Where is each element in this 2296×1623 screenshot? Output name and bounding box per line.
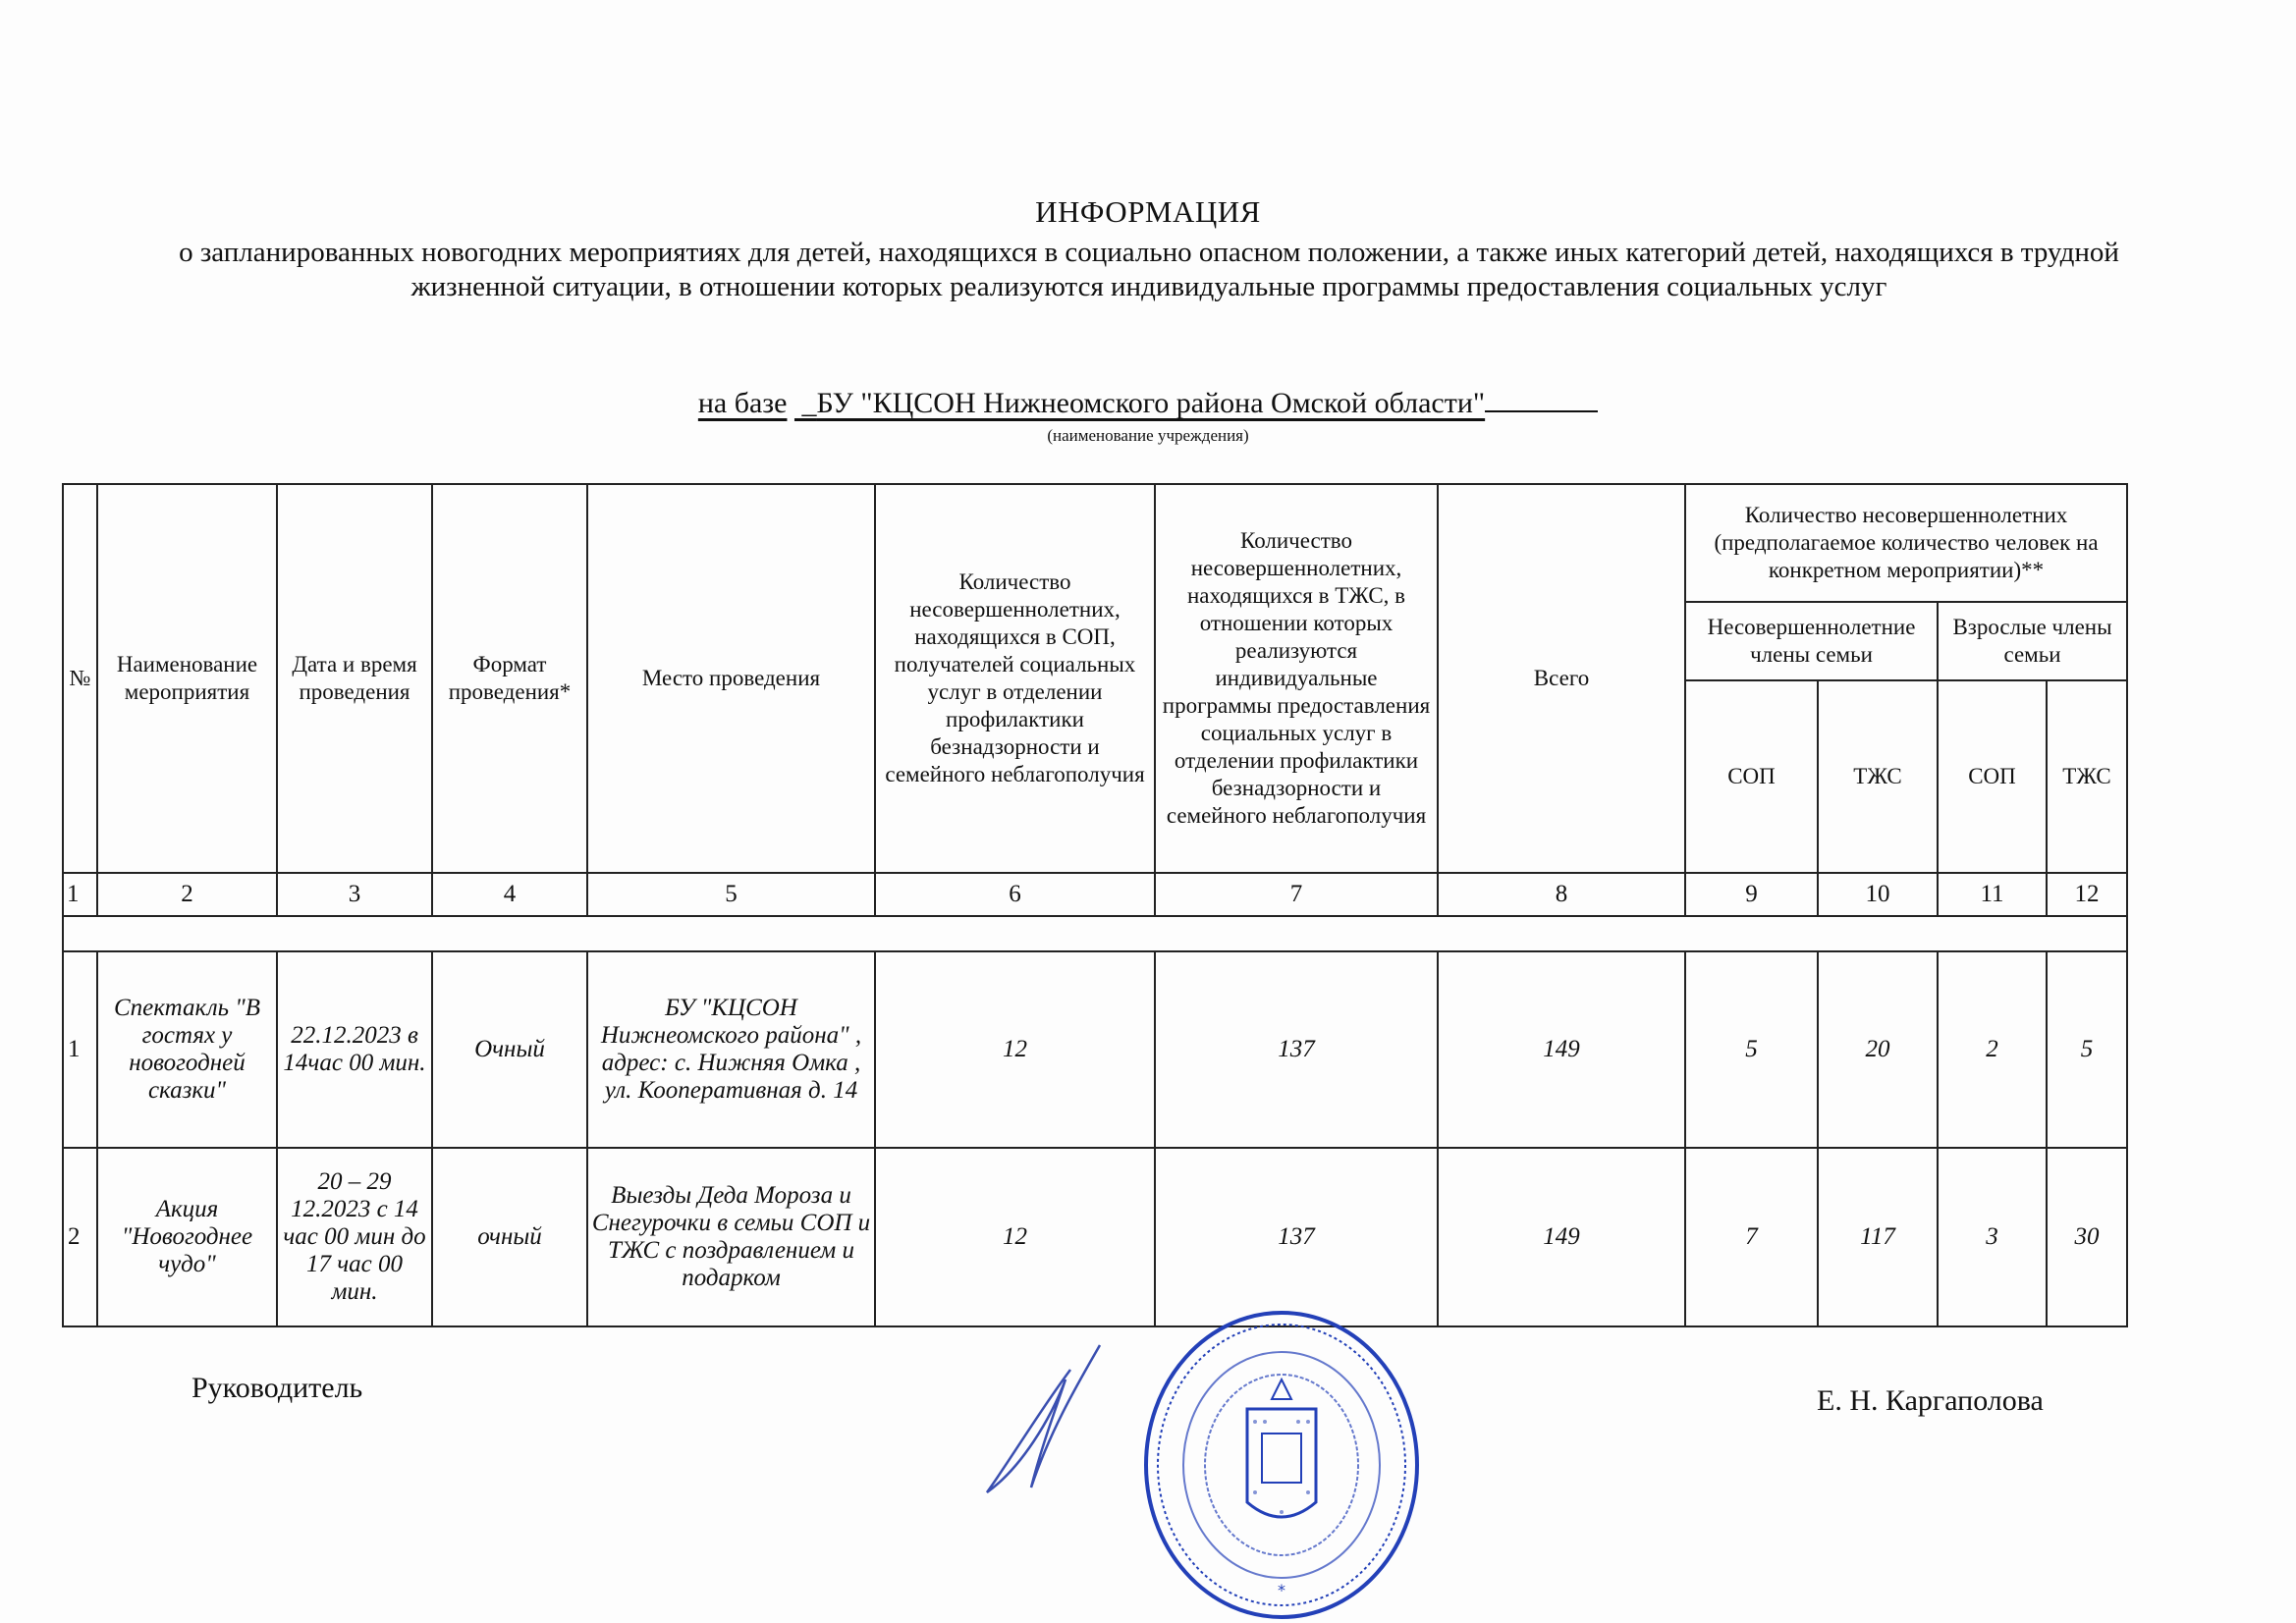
row-num: 2 (63, 1148, 97, 1326)
row-minor-tzhs: 20 (1818, 951, 1938, 1148)
column-number: 9 (1685, 873, 1818, 916)
row-place: Выезды Деда Мороза и Снегурочки в семьи … (587, 1148, 875, 1326)
table-row: 1 Спектакль "В гостях у новогодней сказк… (63, 951, 2127, 1148)
column-number: 4 (432, 873, 587, 916)
column-number: 7 (1155, 873, 1438, 916)
row-event-name: Спектакль "В гостях у новогодней сказки" (97, 951, 277, 1148)
document-page: ИНФОРМАЦИЯ о запланированных новогодних … (0, 0, 2296, 1623)
table-row: 2 Акция "Новогоднее чудо" 20 – 29 12.202… (63, 1148, 2127, 1326)
row-sop-count: 12 (875, 1148, 1155, 1326)
institution-caption: (наименование учреждения) (0, 426, 2296, 446)
signature-icon (972, 1340, 1110, 1497)
column-number: 11 (1938, 873, 2047, 916)
column-number: 5 (587, 873, 875, 916)
base-prefix: на базе (698, 387, 788, 419)
spacer-row (63, 916, 2127, 951)
column-number: 12 (2047, 873, 2127, 916)
underline-blank (1485, 385, 1598, 412)
header-minor-family: Несовершеннолетние члены семьи (1685, 602, 1938, 680)
header-num: № (63, 484, 97, 873)
column-number: 2 (97, 873, 277, 916)
row-tzhs-count: 137 (1155, 1148, 1438, 1326)
header-place: Место проведения (587, 484, 875, 873)
row-datetime: 20 – 29 12.2023 с 14 час 00 мин до 17 ча… (277, 1148, 432, 1326)
column-number: 6 (875, 873, 1155, 916)
header-adult-sop: СОП (1938, 680, 2047, 873)
header-format: Формат проведения* (432, 484, 587, 873)
row-adult-tzhs: 30 (2047, 1148, 2127, 1326)
row-minor-sop: 7 (1685, 1148, 1818, 1326)
header-total: Всего (1438, 484, 1685, 873)
column-number: 3 (277, 873, 432, 916)
institution-line: на базе _БУ "КЦСОН Нижнеомского района О… (0, 385, 2296, 420)
row-event-name: Акция "Новогоднее чудо" (97, 1148, 277, 1326)
header-adult-tzhs: ТЖС (2047, 680, 2127, 873)
header-minor-tzhs: ТЖС (1818, 680, 1938, 873)
header-adult-family: Взрослые члены семьи (1938, 602, 2127, 680)
row-format: очный (432, 1148, 587, 1326)
row-adult-tzhs: 5 (2047, 951, 2127, 1148)
column-number: 10 (1818, 873, 1938, 916)
row-datetime: 22.12.2023 в 14час 00 мин. (277, 951, 432, 1148)
row-minor-tzhs: 117 (1818, 1148, 1938, 1326)
document-subtitle: о запланированных новогодних мероприятия… (137, 236, 2160, 304)
row-sop-count: 12 (875, 951, 1155, 1148)
document-title: ИНФОРМАЦИЯ (0, 194, 2296, 230)
row-tzhs-count: 137 (1155, 951, 1438, 1148)
row-num: 1 (63, 951, 97, 1148)
row-total: 149 (1438, 1148, 1685, 1326)
row-minor-sop: 5 (1685, 951, 1818, 1148)
institution-name: БУ "КЦСОН Нижнеомского района Омской обл… (816, 387, 1485, 419)
header-datetime: Дата и время проведения (277, 484, 432, 873)
signatory-name: Е. Н. Каргаполова (1817, 1384, 2044, 1418)
header-name: Наименование мероприятия (97, 484, 277, 873)
column-number-row: 1 2 3 4 5 6 7 8 9 10 11 12 (63, 873, 2127, 916)
svg-text:*: * (1278, 1581, 1285, 1599)
official-stamp-icon: * (1139, 1306, 1424, 1623)
row-total: 149 (1438, 951, 1685, 1148)
row-adult-sop: 3 (1938, 1148, 2047, 1326)
column-number: 8 (1438, 873, 1685, 916)
row-adult-sop: 2 (1938, 951, 2047, 1148)
header-group: Количество несовершеннолетних (предполаг… (1685, 484, 2127, 602)
signatory-role: Руководитель (191, 1372, 362, 1405)
header-tzhs-count: Количество несовершеннолетних, находящих… (1155, 484, 1438, 873)
row-format: Очный (432, 951, 587, 1148)
header-sop-count: Количество несовершеннолетних, находящих… (875, 484, 1155, 873)
header-minor-sop: СОП (1685, 680, 1818, 873)
row-place: БУ "КЦСОН Нижнеомского района" , адрес: … (587, 951, 875, 1148)
events-table: № Наименование мероприятия Дата и время … (62, 483, 2128, 1327)
column-number: 1 (63, 873, 97, 916)
